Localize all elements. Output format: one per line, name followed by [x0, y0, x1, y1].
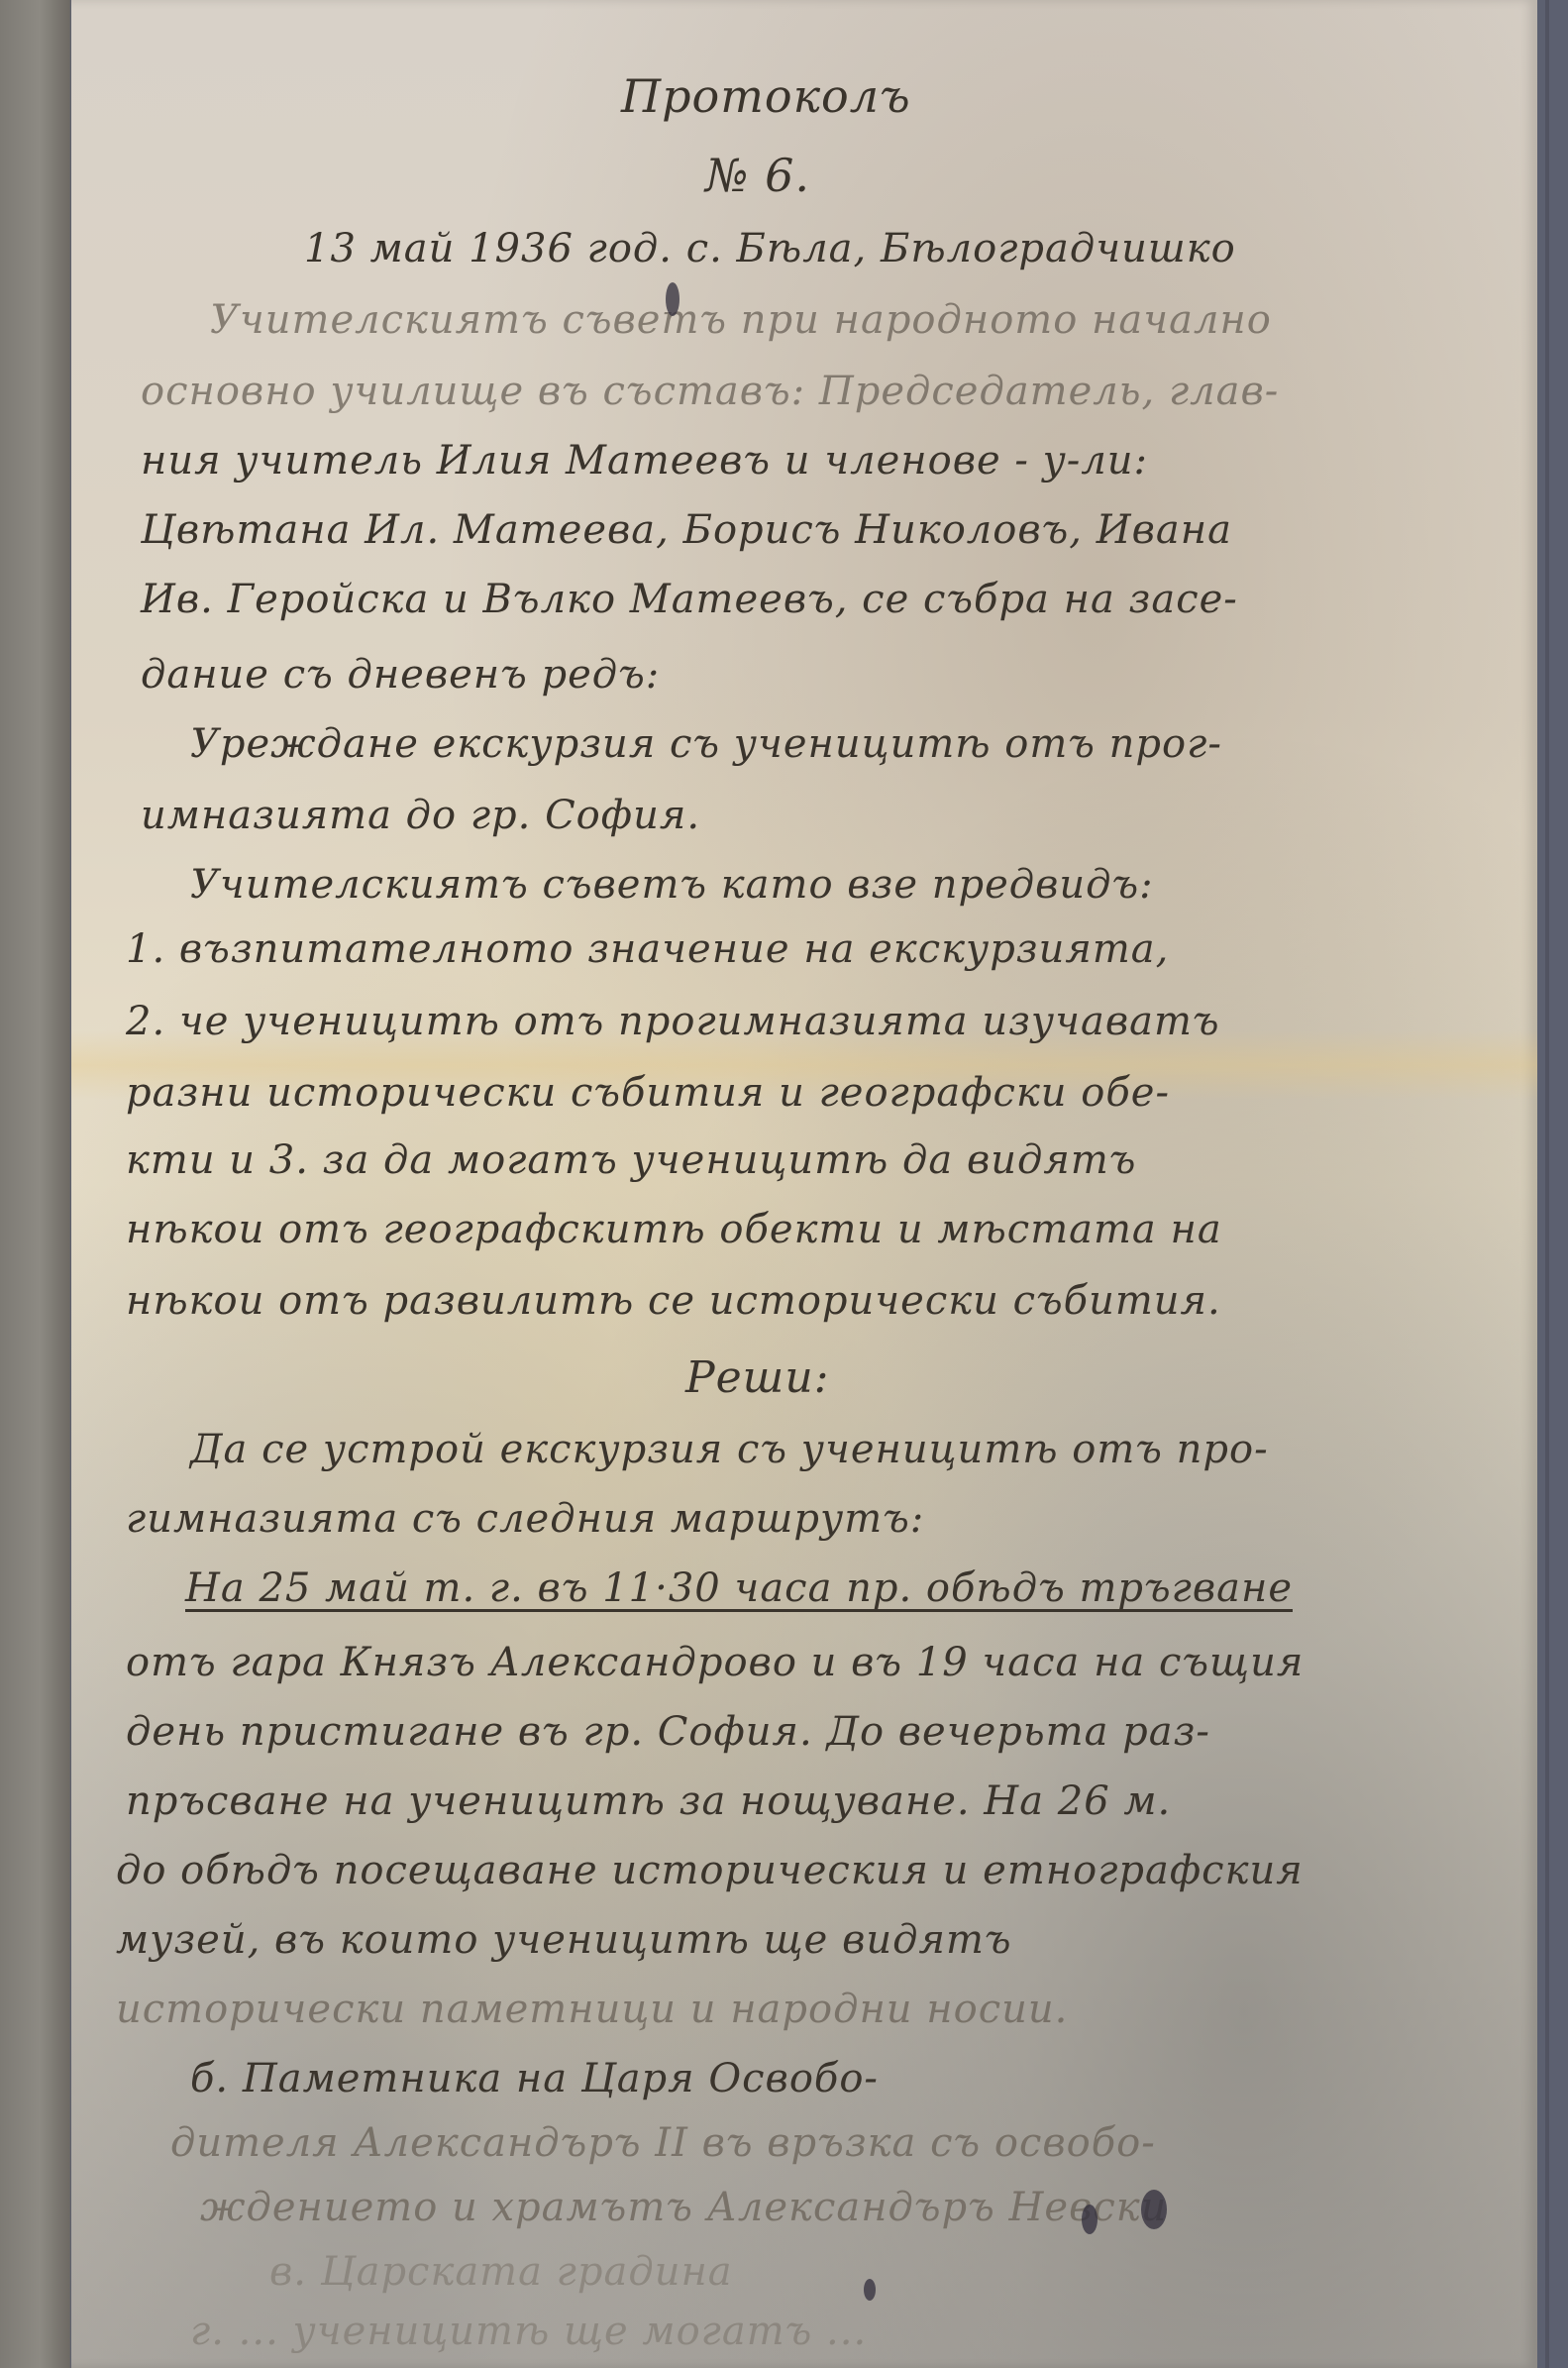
text-line: музей, въ които ученицитѣ ще видятъ — [116, 1917, 1012, 1963]
document-photo: Протоколъ № 6. 13 май 1936 год. с. Бѣла,… — [0, 0, 1568, 2368]
list-item: в. Царската градина — [269, 2249, 733, 2295]
text-line: Ив. Геройска и Вълко Матеевъ, се събра н… — [141, 577, 1238, 622]
list-item: 2. че ученицитѣ отъ прогимназията изучав… — [126, 999, 1220, 1044]
paper-sheet: Протоколъ № 6. 13 май 1936 год. с. Бѣла,… — [71, 0, 1537, 2368]
text-line: дителя Александъръ II въ връзка съ освоб… — [170, 2120, 1156, 2166]
ink-blot — [1082, 2205, 1098, 2234]
ink-blot — [1141, 2190, 1167, 2229]
text-line: разни исторически събития и географски о… — [126, 1070, 1170, 1116]
date-place-line: 13 май 1936 год. с. Бѣла, Бѣлоградчишко — [304, 226, 1236, 271]
decision-heading: Реши: — [685, 1352, 830, 1403]
text-line: отъ гара Князъ Александрово и въ 19 часа… — [126, 1640, 1304, 1685]
text-line: исторически паметници и народни носии. — [116, 1987, 1068, 2032]
text-line: имназията до гр. София. — [141, 793, 700, 838]
list-item: 1. възпитателното значение на екскурзият… — [126, 926, 1169, 972]
text-line: Цвѣтана Ил. Матеева, Борисъ Николовъ, Ив… — [141, 507, 1232, 553]
ink-blot — [864, 2279, 876, 2301]
text-line: нѣкои отъ географскитѣ обекти и мѣстата … — [126, 1207, 1222, 1252]
text-line: Учителскиятъ съветъ при народното началн… — [210, 297, 1272, 343]
text-line: основно училище въ съставъ: Председатель… — [141, 369, 1279, 414]
text-line: На 25 май т. г. въ 11·30 часа пр. обѣдъ … — [185, 1565, 1293, 1611]
text-line: Да се устрой екскурзия съ ученицитѣ отъ … — [190, 1427, 1269, 1472]
text-line: нѣкои отъ развилитѣ се исторически събит… — [126, 1278, 1221, 1324]
document-title: Протоколъ — [621, 69, 911, 123]
text-line: Уреждане екскурзия съ ученицитѣ отъ прог… — [190, 721, 1222, 767]
text-line: пръсване на ученицитѣ за нощуване. На 26… — [126, 1778, 1171, 1824]
list-item: б. Паметника на Царя Освобо- — [190, 2056, 879, 2101]
text-line: дание съ дневенъ редъ: — [141, 652, 660, 698]
text-line: ния учитель Илия Матеевъ и членове - у-л… — [141, 438, 1148, 484]
text-line: г. ... ученицитѣ ще могатъ ... — [190, 2309, 867, 2354]
text-line: ждението и храмътъ Александъръ Невски — [200, 2185, 1167, 2230]
text-line: до обѣдъ посещаване историческия и етног… — [116, 1848, 1304, 1893]
list-item: кти и 3. за да могатъ ученицитѣ да видят… — [126, 1137, 1136, 1183]
text-line: Учителскиятъ съветъ като взе предвидъ: — [190, 862, 1154, 908]
ink-blot — [666, 282, 679, 316]
text-line: гимназията съ следния маршрутъ: — [126, 1496, 924, 1542]
protocol-number: № 6. — [705, 149, 810, 202]
text-line: день пристигане въ гр. София. До вечерьт… — [126, 1709, 1210, 1755]
sheet-edge — [1545, 0, 1549, 2368]
